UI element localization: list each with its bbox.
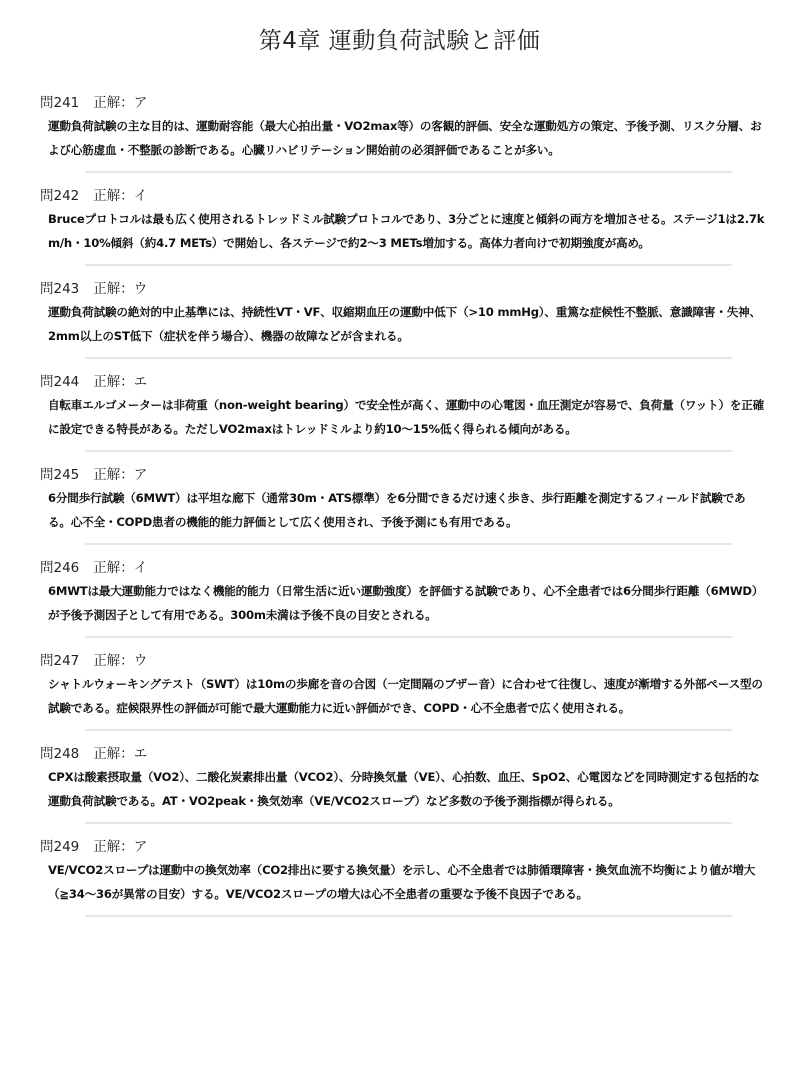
correct-answer: 正解：ア [93,464,147,486]
answer-item: 問247正解：ウ シャトルウォーキングテスト（SWT）は10mの歩廊を音の合図（… [0,650,799,731]
question-number: 問244 [40,371,79,393]
answer-explanation: VE/VCO2スロープは運動中の換気効率（CO2排出に要する換気量）を示し、心不… [48,858,768,906]
correct-answer: 正解：ウ [93,650,147,672]
divider [85,450,732,452]
answer-explanation: 6MWTは最大運動能力ではなく機能的能力（日常生活に近い運動強度）を評価する試験… [48,579,768,627]
question-number: 問246 [40,557,79,579]
correct-answer: 正解：ア [93,836,147,858]
chapter-title: 第4章 運動負荷試験と評価 [0,22,799,55]
correct-answer: 正解：ア [93,92,147,114]
answer-list: 問241正解：ア 運動負荷試験の主な目的は、運動耐容能（最大心拍出量・VO2ma… [0,92,799,929]
answer-item: 問245正解：ア 6分間歩行試験（6MWT）は平坦な廊下（通常30m・ATS標準… [0,464,799,545]
correct-answer: 正解：イ [93,557,147,579]
divider [85,357,732,359]
divider [85,636,732,638]
divider [85,543,732,545]
answer-item: 問242正解：イ Bruceプロトコルは最も広く使用されるトレッドミル試験プロト… [0,185,799,266]
correct-answer: 正解：エ [93,743,147,765]
answer-explanation: 運動負荷試験の主な目的は、運動耐容能（最大心拍出量・VO2max等）の客観的評価… [48,114,768,162]
correct-answer: 正解：イ [93,185,147,207]
answer-explanation: 自転車エルゴメーターは非荷重（non-weight bearing）で安全性が高… [48,393,768,441]
answer-explanation: 6分間歩行試験（6MWT）は平坦な廊下（通常30m・ATS標準）を6分間できるだ… [48,486,768,534]
answer-explanation: CPXは酸素摂取量（VO2）、二酸化炭素排出量（VCO2）、分時換気量（VE）、… [48,765,768,813]
question-number: 問249 [40,836,79,858]
answer-item: 問241正解：ア 運動負荷試験の主な目的は、運動耐容能（最大心拍出量・VO2ma… [0,92,799,173]
question-number: 問248 [40,743,79,765]
question-number: 問247 [40,650,79,672]
answer-header: 問244正解：エ [40,371,799,393]
answer-item: 問244正解：エ 自転車エルゴメーターは非荷重（non-weight beari… [0,371,799,452]
correct-answer: 正解：エ [93,371,147,393]
divider [85,264,732,266]
answer-explanation: 運動負荷試験の絶対的中止基準には、持続性VT・VF、収縮期血圧の運動中低下（>1… [48,300,768,348]
answer-item: 問243正解：ウ 運動負荷試験の絶対的中止基準には、持続性VT・VF、収縮期血圧… [0,278,799,359]
answer-header: 問241正解：ア [40,92,799,114]
correct-answer: 正解：ウ [93,278,147,300]
answer-item: 問246正解：イ 6MWTは最大運動能力ではなく機能的能力（日常生活に近い運動強… [0,557,799,638]
answer-header: 問249正解：ア [40,836,799,858]
question-number: 問242 [40,185,79,207]
answer-explanation: Bruceプロトコルは最も広く使用されるトレッドミル試験プロトコルであり、3分ご… [48,207,768,255]
question-number: 問243 [40,278,79,300]
answer-header: 問242正解：イ [40,185,799,207]
divider [85,729,732,731]
answer-header: 問248正解：エ [40,743,799,765]
answer-header: 問246正解：イ [40,557,799,579]
answer-explanation: シャトルウォーキングテスト（SWT）は10mの歩廊を音の合図（一定間隔のブザー音… [48,672,768,720]
divider [85,822,732,824]
answer-item: 問248正解：エ CPXは酸素摂取量（VO2）、二酸化炭素排出量（VCO2）、分… [0,743,799,824]
answer-header: 問245正解：ア [40,464,799,486]
divider [85,171,732,173]
answer-header: 問247正解：ウ [40,650,799,672]
question-number: 問245 [40,464,79,486]
divider [85,915,732,917]
answer-item: 問249正解：ア VE/VCO2スロープは運動中の換気効率（CO2排出に要する換… [0,836,799,917]
answer-header: 問243正解：ウ [40,278,799,300]
question-number: 問241 [40,92,79,114]
